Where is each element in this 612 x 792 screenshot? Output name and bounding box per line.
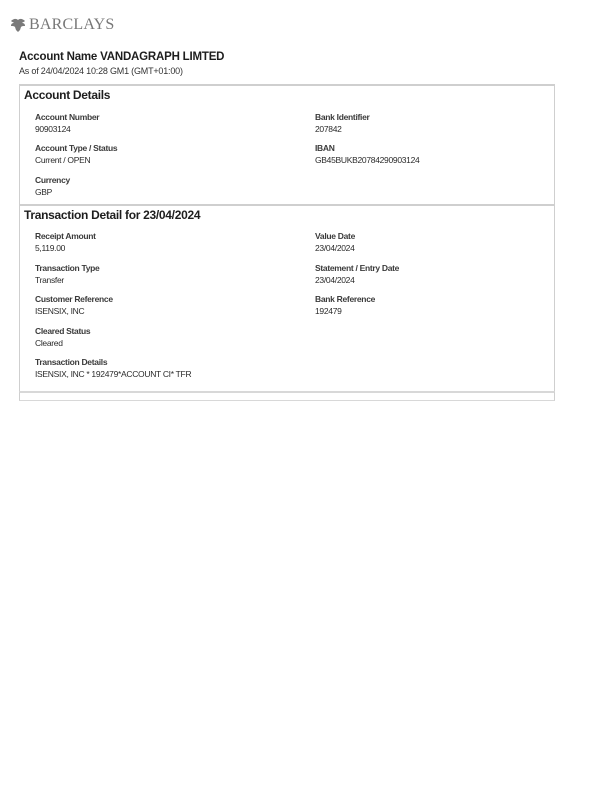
field-label: Transaction Details (35, 357, 191, 368)
field-value: Current / OPEN (35, 154, 117, 166)
brand-name: BARCLAYS (29, 16, 114, 34)
field-label: Value Date (315, 231, 355, 242)
field-account-type-status: Account Type / Status Current / OPEN (35, 143, 117, 166)
field-statement-entry-date: Statement / Entry Date 23/04/2024 (315, 263, 399, 286)
field-label: Statement / Entry Date (315, 263, 399, 274)
field-value: GBP (35, 186, 70, 198)
field-label: Bank Identifier (315, 112, 370, 123)
field-transaction-details: Transaction Details ISENSIX, INC * 19247… (35, 357, 191, 380)
footer-divider (19, 391, 555, 401)
field-value: 90903124 (35, 123, 99, 135)
field-bank-reference: Bank Reference 192479 (315, 294, 375, 317)
field-value: ISENSIX, INC * 192479*ACCOUNT CI* TFR (35, 368, 191, 380)
account-name-heading: Account Name VANDAGRAPH LIMTED (19, 51, 224, 63)
field-customer-reference: Customer Reference ISENSIX, INC (35, 294, 113, 317)
field-value: Cleared (35, 337, 90, 349)
field-label: Customer Reference (35, 294, 113, 305)
transaction-detail-title: Transaction Detail for 23/04/2024 (24, 208, 200, 222)
field-value: 5,119.00 (35, 242, 96, 254)
transaction-detail-panel: Transaction Detail for 23/04/2024 Receip… (19, 204, 555, 392)
account-details-panel: Account Details Account Number 90903124 … (19, 84, 555, 205)
field-label: Account Type / Status (35, 143, 117, 154)
barclays-logo: BARCLAYS (10, 16, 114, 34)
field-label: Receipt Amount (35, 231, 96, 242)
field-label: Account Number (35, 112, 99, 123)
field-value: 23/04/2024 (315, 242, 355, 254)
field-label: Transaction Type (35, 263, 99, 274)
eagle-icon (10, 18, 26, 32)
as-of-timestamp: As of 24/04/2024 10:28 GM1 (GMT+01:00) (19, 66, 183, 76)
field-value: 23/04/2024 (315, 274, 399, 286)
field-label: IBAN (315, 143, 419, 154)
field-value: Transfer (35, 274, 99, 286)
field-transaction-type: Transaction Type Transfer (35, 263, 99, 286)
field-value: 207842 (315, 123, 370, 135)
field-receipt-amount: Receipt Amount 5,119.00 (35, 231, 96, 254)
field-label: Cleared Status (35, 326, 90, 337)
field-label: Bank Reference (315, 294, 375, 305)
field-value-date: Value Date 23/04/2024 (315, 231, 355, 254)
field-currency: Currency GBP (35, 175, 70, 198)
field-label: Currency (35, 175, 70, 186)
field-account-number: Account Number 90903124 (35, 112, 99, 135)
field-value: GB45BUKB20784290903124 (315, 154, 419, 166)
field-bank-identifier: Bank Identifier 207842 (315, 112, 370, 135)
field-cleared-status: Cleared Status Cleared (35, 326, 90, 349)
field-value: ISENSIX, INC (35, 305, 113, 317)
field-iban: IBAN GB45BUKB20784290903124 (315, 143, 419, 166)
field-value: 192479 (315, 305, 375, 317)
account-details-title: Account Details (24, 88, 110, 102)
